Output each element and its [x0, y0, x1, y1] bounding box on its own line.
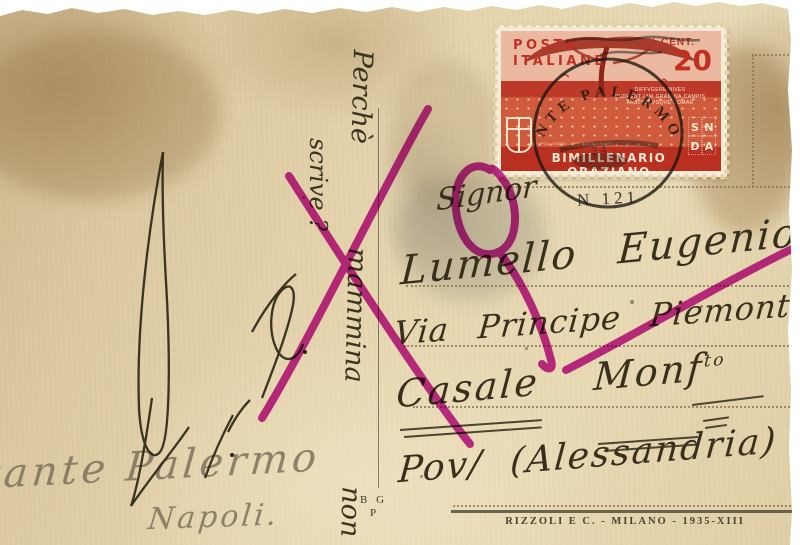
message-word: scrive ?	[304, 138, 332, 231]
stamp-perforation	[493, 21, 729, 29]
underline-sup-1	[703, 416, 729, 422]
stamp-box-horizontal	[752, 54, 793, 56]
corner-letter: D	[688, 136, 702, 155]
f-crossbar	[692, 395, 764, 405]
stamp-latin-quote: DIFFVGERE NIVES REDEVNT·IAM·GRAMINA·CAMP…	[605, 87, 715, 107]
stain-top-left	[0, 30, 220, 200]
address-line-1	[505, 186, 793, 188]
corner-letter: N	[702, 117, 716, 136]
message-address-divider	[378, 108, 379, 488]
rotated-message-line1: Perchè mammina non	[334, 49, 378, 538]
stamp-design: POSTE ITALIANE V. CENT. 20 DIFFVGERE NIV…	[501, 31, 721, 171]
stamp-v-label: V.	[649, 37, 656, 46]
postcard-back: tante Palermo Napoli. Signor Lumello Eug…	[0, 0, 800, 545]
pencil-note-line2: Napoli.	[146, 497, 281, 537]
address-town-superscript: to	[703, 350, 726, 372]
rotated-message-line2: scrive ?	[304, 138, 332, 353]
address-province: Pov/ (Alessandria)	[397, 420, 779, 491]
stamp-face-value: 20	[673, 44, 712, 77]
pencil-note-line1: tante Palermo	[0, 434, 322, 498]
corner-letter: S	[688, 117, 702, 136]
message-word: Perchè	[345, 49, 378, 144]
stamp-corner-letters: S N D A	[688, 117, 718, 157]
scanned-postcard-photo: { "postcard": { "stamp": { "name_line1":…	[0, 0, 800, 545]
publisher-imprint: RIZZOLI E C. - MILANO - 1935-XIII	[455, 516, 795, 527]
postmark-number: N 121	[577, 187, 640, 209]
message-word: mammina	[338, 247, 373, 383]
postage-stamp: POSTE ITALIANE V. CENT. 20 DIFFVGERE NIV…	[495, 25, 727, 177]
stamp-box-vertical	[752, 55, 754, 187]
bottom-rule	[451, 510, 797, 513]
stamp-shield-emblem-icon	[506, 117, 532, 153]
paper-speck	[525, 347, 528, 350]
corner-letter: A	[702, 136, 716, 155]
printer-mark-top: B G	[360, 494, 387, 506]
stamp-country-line1: POSTE	[513, 38, 578, 53]
stamp-printer-imprint: IST. POL. STATO - OFF. CART. VALORI	[531, 141, 613, 146]
quote-line-3: ARBORIBVSQVE·COMAE	[605, 100, 715, 107]
stamp-country-line2: ITALIANE	[513, 54, 607, 69]
address-line-5	[453, 505, 795, 507]
stamp-banner: BIMILLENARIO ORAZIANO	[533, 151, 685, 171]
printer-mark-bottom: P	[370, 507, 376, 519]
